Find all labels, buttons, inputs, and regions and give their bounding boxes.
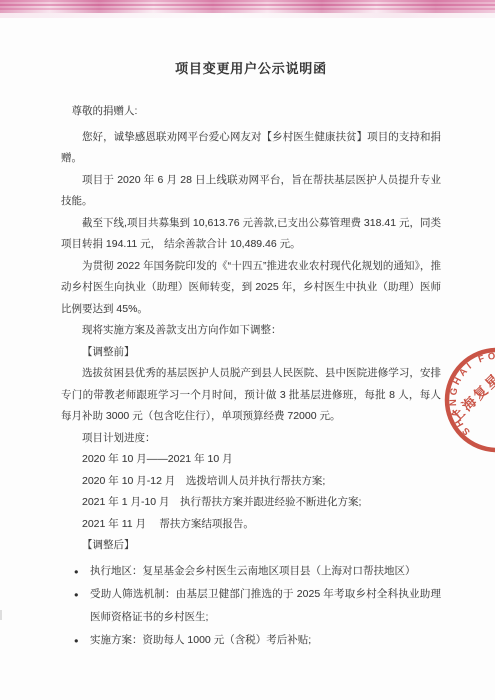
salutation: 尊敬的捐赠人:: [61, 101, 441, 123]
scan-edge-mark: [0, 610, 2, 620]
bullet-recipients: 受助人筛选机制：由基层卫健部门推选的于 2025 年考取乡村全科执业助理医师资格…: [61, 583, 441, 629]
paragraph-funds: 截至下线,项目共募集到 10,613.76 元善款,已支出公募管理费 318.4…: [61, 213, 441, 256]
schedule-item: 2021 年 1 月-10 月 执行帮扶方案并跟进经验不断进化方案;: [61, 492, 441, 514]
paragraph-launch: 项目于 2020 年 6 月 28 日上线联劝网平台，旨在帮扶基层医护人员提升专…: [61, 170, 441, 213]
schedule-heading: 项目计划进度：: [61, 428, 441, 450]
document-title: 项目变更用户公示说明函: [61, 61, 441, 77]
paragraph-adjust-intro: 现将实施方案及善款支出方向作如下调整：: [61, 320, 441, 342]
schedule-item: 2020 年 10 月-12 月 选拨培训人员并执行帮扶方案;: [61, 471, 441, 493]
paragraph-before-plan: 选拔贫困县优秀的基层医护人员脱产到县人民医院、县中医院进修学习，安排专门的带教老…: [61, 363, 441, 428]
bullet-implementation: 实施方案：资助每人 1000 元（含税）考后补贴;: [61, 629, 441, 652]
foundation-seal-graphic: SHANGHAI FOSUN 上海复星: [432, 335, 495, 465]
bullet-region: 执行地区：复星基金会乡村医生云南地区项目县（上海对口帮扶地区）: [61, 560, 441, 583]
section-label-before: 【调整前】: [61, 342, 441, 364]
paragraph-policy: 为贯彻 2022 年国务院印发的《“十四五”推进农业农村现代化规划的通知》，推动…: [61, 256, 441, 321]
scanned-letter-page: 项目变更用户公示说明函 尊敬的捐赠人: 您好，诚挚感恩联劝网平台爱心网友对【乡村…: [0, 0, 495, 700]
letter-body: 项目变更用户公示说明函 尊敬的捐赠人: 您好，诚挚感恩联劝网平台爱心网友对【乡村…: [61, 0, 441, 652]
schedule-item: 2020 年 10 月——2021 年 10 月: [61, 449, 441, 471]
paragraph-thanks: 您好，诚挚感恩联劝网平台爱心网友对【乡村医生健康扶贫】项目的支持和捐赠。: [61, 127, 441, 170]
foundation-seal: SHANGHAI FOSUN 上海复星: [432, 335, 495, 465]
schedule-item: 2021 年 11 月 帮扶方案结项报告。: [61, 514, 441, 536]
after-bullet-list: 执行地区：复星基金会乡村医生云南地区项目县（上海对口帮扶地区） 受助人筛选机制：…: [61, 560, 441, 652]
section-label-after: 【调整后】: [61, 535, 441, 557]
